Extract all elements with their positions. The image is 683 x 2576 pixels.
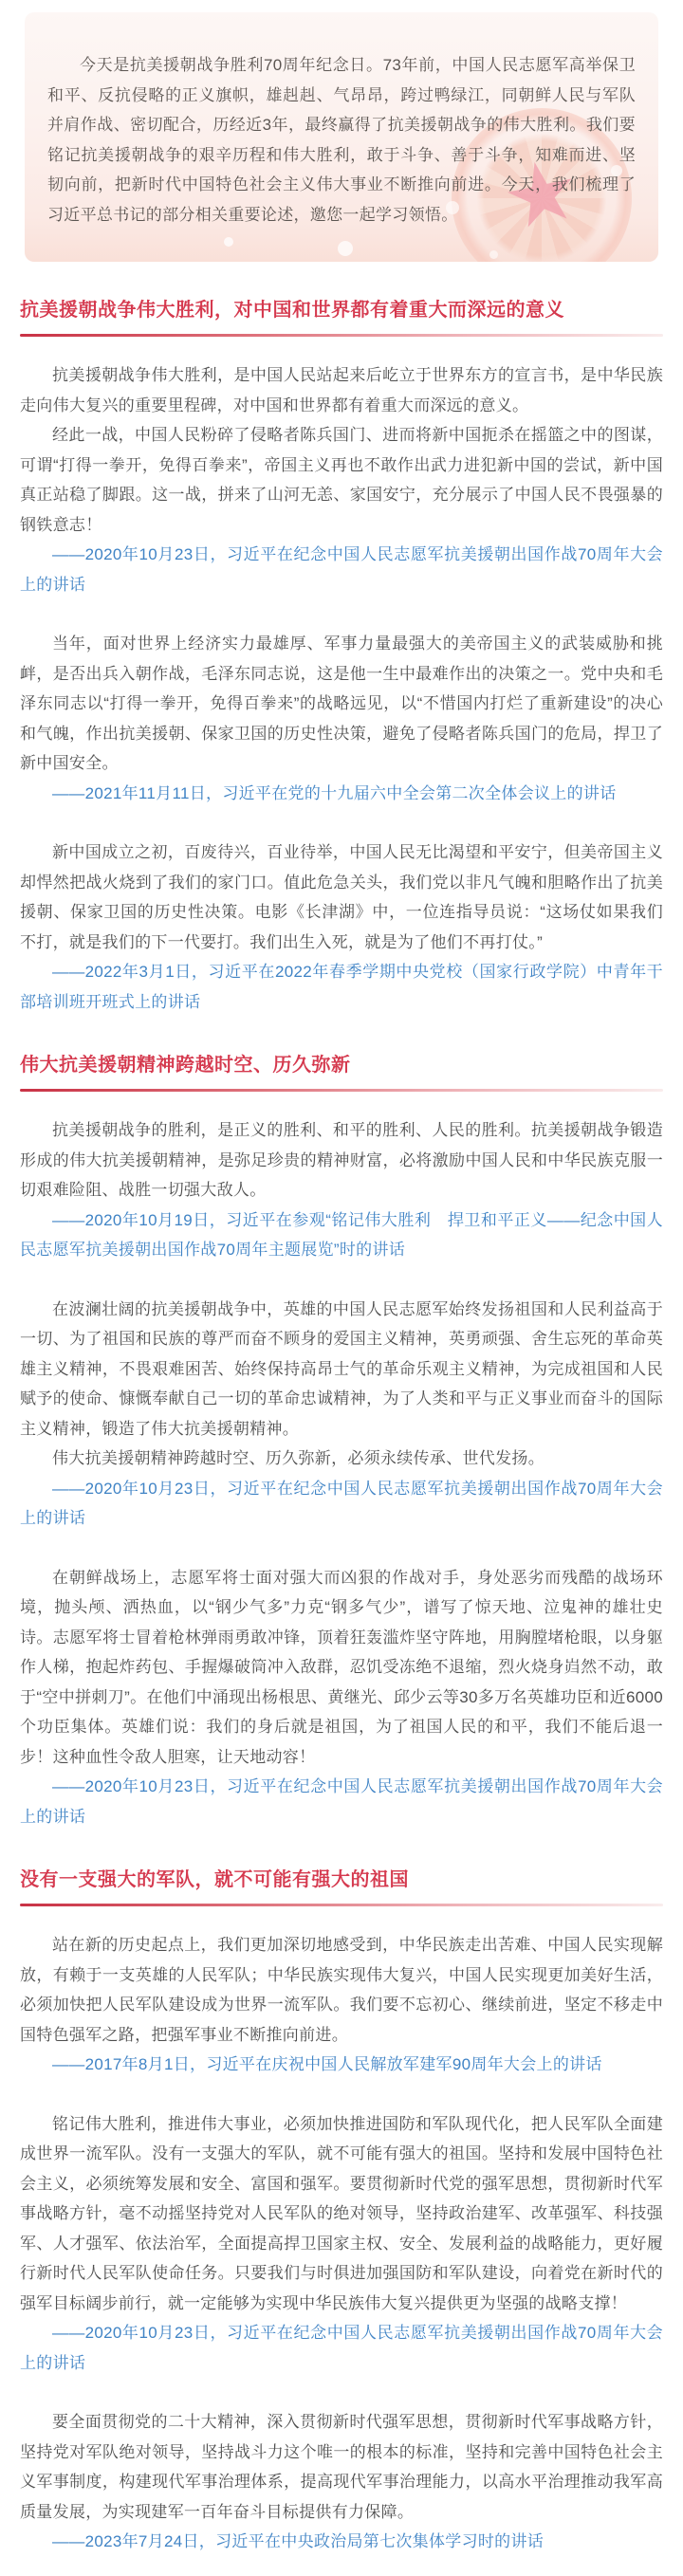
citation-source: ——2022年3月1日，习近平在2022年春季学期中央党校（国家行政学院）中青年… [20,957,663,1017]
body-paragraph: 铭记伟大胜利，推进伟大事业，必须加快推进国防和军队现代化，把人民军队全面建成世界… [20,2109,663,2319]
quote-group: 在朝鲜战场上，志愿军将士面对强大而凶狠的作战对手，身处恶劣而残酷的战场环境，抛头… [20,1563,663,1832]
body-paragraph: 站在新的历史起点上，我们更加深切地感受到，中华民族走出苦难、中国人民实现解放，有… [20,1930,663,2050]
citation-source: ——2020年10月23日，习近平在纪念中国人民志愿军抗美援朝出国作战70周年大… [20,540,663,599]
quote-group: 抗美援朝战争的胜利，是正义的胜利、和平的胜利、人民的胜利。抗美援朝战争锻造形成的… [20,1115,663,1265]
citation-source: ——2021年11月11日，习近平在党的十九届六中全会第二次全体会议上的讲话 [20,779,663,809]
body-paragraph: 经此一战，中国人民粉碎了侵略者陈兵国门、进而将新中国扼杀在摇篮之中的图谋，可谓“… [20,420,663,540]
body-paragraph: 伟大抗美援朝精神跨越时空、历久弥新，必须永续传承、世代发扬。 [20,1444,663,1474]
body-paragraph: 当年，面对世界上经济实力最雄厚、军事力量最强大的美帝国主义的武装威胁和挑衅，是否… [20,629,663,779]
section-body: 抗美援朝战争伟大胜利，是中国人民站起来后屹立于世界东方的宣言书，是中华民族走向伟… [20,360,663,1017]
section-spirit-endures: 伟大抗美援朝精神跨越时空、历久弥新 抗美援朝战争的胜利，是正义的胜利、和平的胜利… [20,1052,663,1831]
quote-group: 铭记伟大胜利，推进伟大事业，必须加快推进国防和军队现代化，把人民军队全面建成世界… [20,2109,663,2379]
quote-group: 抗美援朝战争伟大胜利，是中国人民站起来后屹立于世界东方的宣言书，是中华民族走向伟… [20,360,663,599]
quote-group: 在波澜壮阔的抗美援朝战争中，英雄的中国人民志愿军始终发扬祖国和人民利益高于一切、… [20,1295,663,1534]
heading-underline-rule [20,1904,663,1906]
citation-source: ——2023年7月24日，习近平在中央政治局第七次集体学习时的讲话 [20,2527,663,2557]
section-body: 站在新的历史起点上，我们更加深切地感受到，中华民族走出苦难、中国人民实现解放，有… [20,1930,663,2557]
section-victory-significance: 抗美援朝战争伟大胜利，对中国和世界都有着重大而深远的意义 抗美援朝战争伟大胜利，… [20,297,663,1017]
decor-dot [224,237,233,247]
body-paragraph: 在波澜壮阔的抗美援朝战争中，英雄的中国人民志愿军始终发扬祖国和人民利益高于一切、… [20,1295,663,1444]
citation-source: ——2017年8月1日，习近平在庆祝中国人民解放军建军90周年大会上的讲话 [20,2050,663,2080]
intro-highlight-box: 今天是抗美援朝战争胜利70周年纪念日。73年前，中国人民志愿军高举保卫和平、反抗… [25,12,658,262]
body-paragraph: 抗美援朝战争的胜利，是正义的胜利、和平的胜利、人民的胜利。抗美援朝战争锻造形成的… [20,1115,663,1205]
decor-dot [489,250,498,259]
section-heading-block: 伟大抗美援朝精神跨越时空、历久弥新 [20,1052,663,1092]
heading-underline-rule [20,1089,663,1092]
quote-group: 站在新的历史起点上，我们更加深切地感受到，中华民族走出苦难、中国人民实现解放，有… [20,1930,663,2080]
citation-source: ——2020年10月23日，习近平在纪念中国人民志愿军抗美援朝出国作战70周年大… [20,2318,663,2378]
body-paragraph: 在朝鲜战场上，志愿军将士面对强大而凶狠的作战对手，身处恶劣而残酷的战场环境，抛头… [20,1563,663,1773]
section-title: 伟大抗美援朝精神跨越时空、历久弥新 [20,1052,663,1078]
body-paragraph: 抗美援朝战争伟大胜利，是中国人民站起来后屹立于世界东方的宣言书，是中华民族走向伟… [20,360,663,420]
section-strong-army: 没有一支强大的军队，就不可能有强大的祖国 站在新的历史起点上，我们更加深切地感受… [20,1867,663,2557]
body-paragraph: 要全面贯彻党的二十大精神，深入贯彻新时代强军思想，贯彻新时代军事战略方针，坚持党… [20,2407,663,2527]
section-heading-block: 没有一支强大的军队，就不可能有强大的祖国 [20,1867,663,1906]
citation-source: ——2020年10月23日，习近平在纪念中国人民志愿军抗美援朝出国作战70周年大… [20,1772,663,1831]
quote-group: 新中国成立之初，百废待兴，百业待举，中国人民无比渴望和平安宁，但美帝国主义却悍然… [20,837,663,1017]
citation-source: ——2020年10月23日，习近平在纪念中国人民志愿军抗美援朝出国作战70周年大… [20,1474,663,1534]
article-page: 今天是抗美援朝战争胜利70周年纪念日。73年前，中国人民志愿军高举保卫和平、反抗… [0,0,683,2576]
quote-group: 要全面贯彻党的二十大精神，深入贯彻新时代强军思想，贯彻新时代军事战略方针，坚持党… [20,2407,663,2557]
citation-source: ——2020年10月19日，习近平在参观“铭记伟大胜利 捍卫和平正义——纪念中国… [20,1205,663,1265]
intro-paragraph: 今天是抗美援朝战争胜利70周年纪念日。73年前，中国人民志愿军高举保卫和平、反抗… [47,50,636,230]
body-paragraph: 新中国成立之初，百废待兴，百业待举，中国人民无比渴望和平安宁，但美帝国主义却悍然… [20,837,663,957]
heading-underline-rule [20,334,663,337]
section-title: 没有一支强大的军队，就不可能有强大的祖国 [20,1867,663,1893]
decor-dot [338,241,353,256]
section-heading-block: 抗美援朝战争伟大胜利，对中国和世界都有着重大而深远的意义 [20,297,663,337]
quote-group: 当年，面对世界上经济实力最雄厚、军事力量最强大的美帝国主义的武装威胁和挑衅，是否… [20,629,663,808]
section-body: 抗美援朝战争的胜利，是正义的胜利、和平的胜利、人民的胜利。抗美援朝战争锻造形成的… [20,1115,663,1831]
section-title: 抗美援朝战争伟大胜利，对中国和世界都有着重大而深远的意义 [20,297,663,323]
